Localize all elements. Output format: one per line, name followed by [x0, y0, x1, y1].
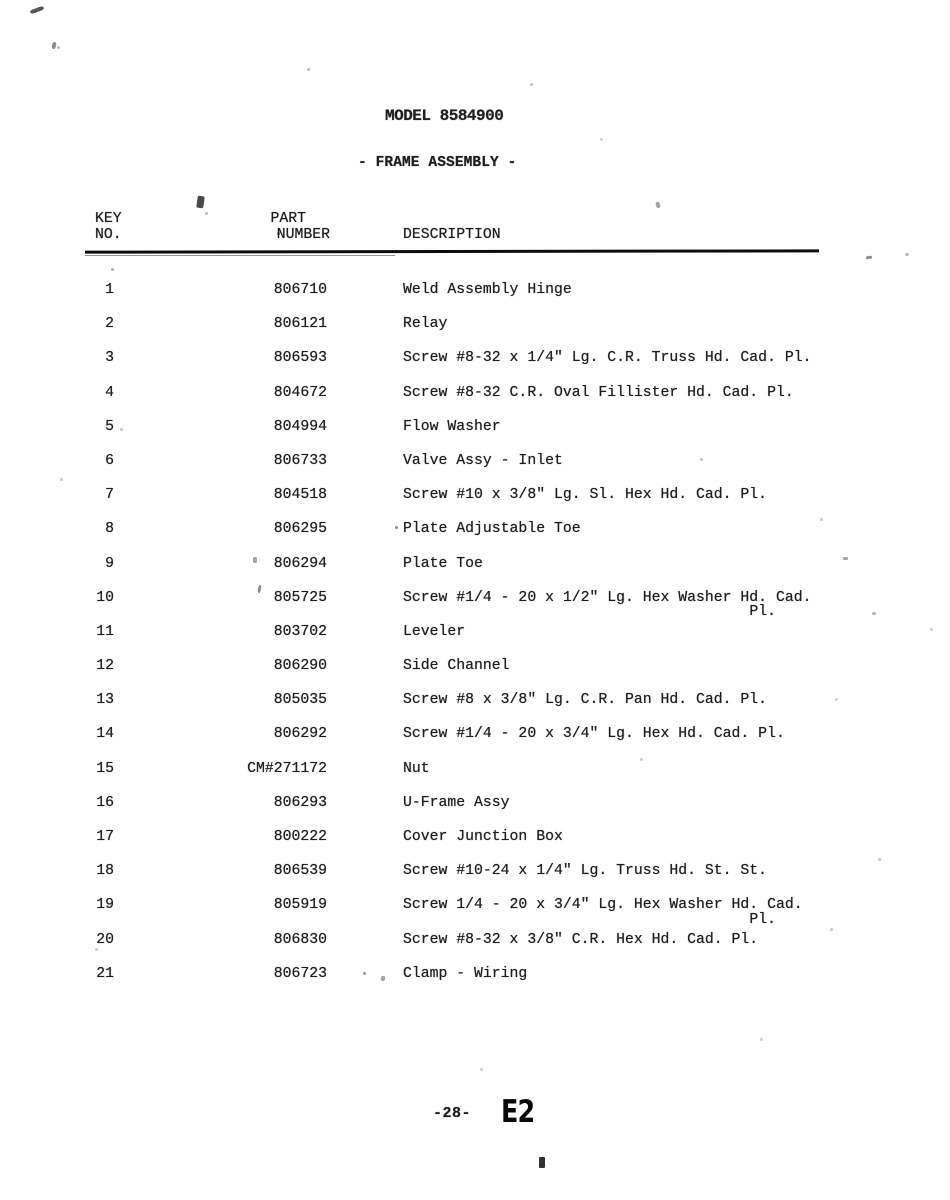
description-cell: Relay [330, 317, 950, 332]
key-cell: 9 [0, 557, 115, 572]
header-part-line1: PART [115, 211, 330, 227]
key-cell: 8 [0, 522, 115, 537]
description-cell: Cover Junction Box [330, 830, 950, 845]
key-cell: 4 [0, 386, 115, 401]
key-cell: 14 [0, 727, 115, 742]
scan-speck [655, 202, 660, 209]
key-cell: 5 [0, 420, 115, 435]
table-row: 11 803702 Leveler [0, 625, 950, 659]
description-text: Screw #8-32 x 1/4" Lg. C.R. Truss Hd. Ca… [403, 350, 811, 366]
description-cell: Flow Washer [330, 420, 950, 435]
table-row: 16 806293 U-Frame Assy [0, 796, 950, 830]
table-row: 15 CM#271172 Nut [0, 762, 950, 796]
part-number-cell: 805725 [115, 591, 330, 606]
part-number-cell: 805919 [115, 898, 330, 913]
description-cell: Screw #8-32 x 1/4" Lg. C.R. Truss Hd. Ca… [330, 351, 950, 366]
description-text: Flow Washer [403, 419, 501, 435]
description-cell: Screw #8 x 3/8" Lg. C.R. Pan Hd. Cad. Pl… [330, 693, 950, 708]
table-row: 8 806295 Plate Adjustable Toe [0, 522, 950, 556]
description-cell: Screw 1/4 - 20 x 3/4" Lg. Hex Washer Hd.… [330, 898, 950, 927]
key-cell: 11 [0, 625, 115, 640]
scan-speck [480, 1068, 483, 1071]
scan-speck [57, 46, 60, 49]
scan-speck [866, 256, 872, 260]
table-row: 21 806723 Clamp - Wiring [0, 967, 950, 1001]
table-row: 9 806294 Plate Toe [0, 557, 950, 591]
header-part-number: PART NUMBER [115, 211, 330, 243]
description-cell: Plate Adjustable Toe [330, 522, 950, 537]
description-text: Side Channel [403, 658, 510, 674]
description-cell: Leveler [330, 625, 950, 640]
part-number-cell: 806295 [115, 522, 330, 537]
key-cell: 3 [0, 351, 115, 366]
part-number-cell: 805035 [115, 693, 330, 708]
description-text: Screw #8-32 C.R. Oval Fillister Hd. Cad.… [403, 385, 794, 401]
description-text: U-Frame Assy [403, 795, 510, 811]
table-row: 1 806710 Weld Assembly Hinge [0, 283, 950, 317]
scan-speck [905, 253, 909, 256]
description-text: Plate Adjustable Toe [403, 521, 581, 537]
description-text: Cover Junction Box [403, 829, 563, 845]
parts-table: 1 806710 Weld Assembly Hinge 2 806121 Re… [0, 283, 950, 1001]
part-number-cell: 804518 [115, 488, 330, 503]
table-row: 20 806830 Screw #8-32 x 3/8" C.R. Hex Hd… [0, 933, 950, 967]
table-row: 2 806121 Relay [0, 317, 950, 351]
description-text: Relay [403, 316, 447, 332]
description-text: Weld Assembly Hinge [403, 282, 572, 298]
description-text: Screw #10 x 3/8" Lg. Sl. Hex Hd. Cad. Pl… [403, 487, 767, 503]
scan-speck [30, 6, 45, 15]
table-row: 19 805919 Screw 1/4 - 20 x 3/4" Lg. Hex … [0, 898, 950, 932]
scan-speck [307, 68, 310, 71]
key-cell: 18 [0, 864, 115, 879]
key-cell: 15 [0, 762, 115, 777]
description-cell: Clamp - Wiring [330, 967, 950, 982]
description-cell: Screw #8-32 C.R. Oval Fillister Hd. Cad.… [330, 386, 950, 401]
part-number-cell: CM#271172 [115, 762, 330, 777]
scan-speck [539, 1157, 545, 1168]
scan-speck [760, 1038, 763, 1041]
part-number-cell: 806723 [115, 967, 330, 982]
part-number-cell: 806710 [115, 283, 330, 298]
part-number-cell: 806539 [115, 864, 330, 879]
scan-speck [530, 83, 533, 86]
part-number-cell: 800222 [115, 830, 330, 845]
scan-speck [51, 42, 57, 50]
description-text: Valve Assy - Inlet [403, 453, 563, 469]
key-cell: 7 [0, 488, 115, 503]
key-cell: 21 [0, 967, 115, 982]
header-description: DESCRIPTION [403, 227, 501, 243]
key-cell: 12 [0, 659, 115, 674]
description-cell: Screw #1/4 - 20 x 1/2" Lg. Hex Washer Hd… [330, 591, 950, 620]
scan-speck [111, 268, 114, 271]
description-cell: Nut [330, 762, 950, 777]
part-number-cell: 804994 [115, 420, 330, 435]
description-text: Screw #8-32 x 3/8" C.R. Hex Hd. Cad. Pl. [403, 932, 758, 948]
table-row: 3 806593 Screw #8-32 x 1/4" Lg. C.R. Tru… [0, 351, 950, 385]
description-text: Nut [403, 761, 430, 777]
key-cell: 20 [0, 933, 115, 948]
scan-speck [600, 138, 603, 141]
key-cell: 10 [0, 591, 115, 606]
table-row: 7 804518 Screw #10 x 3/8" Lg. Sl. Hex Hd… [0, 488, 950, 522]
table-row: 12 806290 Side Channel [0, 659, 950, 693]
document-subtitle: - FRAME ASSEMBLY - [358, 155, 516, 171]
part-number-cell: 806290 [115, 659, 330, 674]
description-cell: Screw #10-24 x 1/4" Lg. Truss Hd. St. St… [330, 864, 950, 879]
description-text: Screw #10-24 x 1/4" Lg. Truss Hd. St. St… [403, 863, 767, 879]
scan-speck [196, 196, 205, 209]
part-number-cell: 806293 [115, 796, 330, 811]
description-text: Screw 1/4 - 20 x 3/4" Lg. Hex Washer Hd.… [403, 897, 803, 913]
part-number-cell: 803702 [115, 625, 330, 640]
key-cell: 17 [0, 830, 115, 845]
table-row: 5 804994 Flow Washer [0, 420, 950, 454]
table-row: 10 805725 Screw #1/4 - 20 x 1/2" Lg. Hex… [0, 591, 950, 625]
key-cell: 6 [0, 454, 115, 469]
description-cell: Valve Assy - Inlet [330, 454, 950, 469]
table-row: 17 800222 Cover Junction Box [0, 830, 950, 864]
table-row: 14 806292 Screw #1/4 - 20 x 3/4" Lg. Hex… [0, 727, 950, 761]
part-number-cell: 804672 [115, 386, 330, 401]
description-cell: Plate Toe [330, 557, 950, 572]
page-number: -28- [433, 1105, 471, 1122]
description-cell: Screw #1/4 - 20 x 3/4" Lg. Hex Hd. Cad. … [330, 727, 950, 742]
description-text: Screw #8 x 3/8" Lg. C.R. Pan Hd. Cad. Pl… [403, 692, 767, 708]
description-text: Plate Toe [403, 556, 483, 572]
description-cell: Screw #8-32 x 3/8" C.R. Hex Hd. Cad. Pl. [330, 933, 950, 948]
part-number-cell: 806830 [115, 933, 330, 948]
header-part-line2: NUMBER [115, 227, 330, 243]
description-cell: Side Channel [330, 659, 950, 674]
description-cell: Weld Assembly Hinge [330, 283, 950, 298]
table-row: 4 804672 Screw #8-32 C.R. Oval Fillister… [0, 386, 950, 420]
section-code: E2 [501, 1094, 534, 1130]
description-wrap-text: Pl. [403, 913, 776, 928]
table-row: 18 806539 Screw #10-24 x 1/4" Lg. Truss … [0, 864, 950, 898]
description-text: Screw #1/4 - 20 x 3/4" Lg. Hex Hd. Cad. … [403, 726, 785, 742]
part-number-cell: 806292 [115, 727, 330, 742]
key-cell: 19 [0, 898, 115, 913]
part-number-cell: 806121 [115, 317, 330, 332]
document-title: MODEL 8584900 [385, 107, 503, 125]
description-cell: U-Frame Assy [330, 796, 950, 811]
table-row: 6 806733 Valve Assy - Inlet [0, 454, 950, 488]
part-number-cell: 806593 [115, 351, 330, 366]
description-wrap-text: Pl. [403, 605, 776, 620]
description-text: Clamp - Wiring [403, 966, 527, 982]
key-cell: 13 [0, 693, 115, 708]
key-cell: 16 [0, 796, 115, 811]
header-rule-ghost [85, 255, 395, 256]
scanned-parts-list-page: MODEL 8584900 - FRAME ASSEMBLY - KEY NO.… [0, 0, 950, 1200]
part-number-cell: 806294 [115, 557, 330, 572]
table-row: 13 805035 Screw #8 x 3/8" Lg. C.R. Pan H… [0, 693, 950, 727]
description-cell: Screw #10 x 3/8" Lg. Sl. Hex Hd. Cad. Pl… [330, 488, 950, 503]
description-text: Leveler [403, 624, 465, 640]
key-cell: 2 [0, 317, 115, 332]
header-rule [85, 249, 819, 253]
part-number-cell: 806733 [115, 454, 330, 469]
key-cell: 1 [0, 283, 115, 298]
